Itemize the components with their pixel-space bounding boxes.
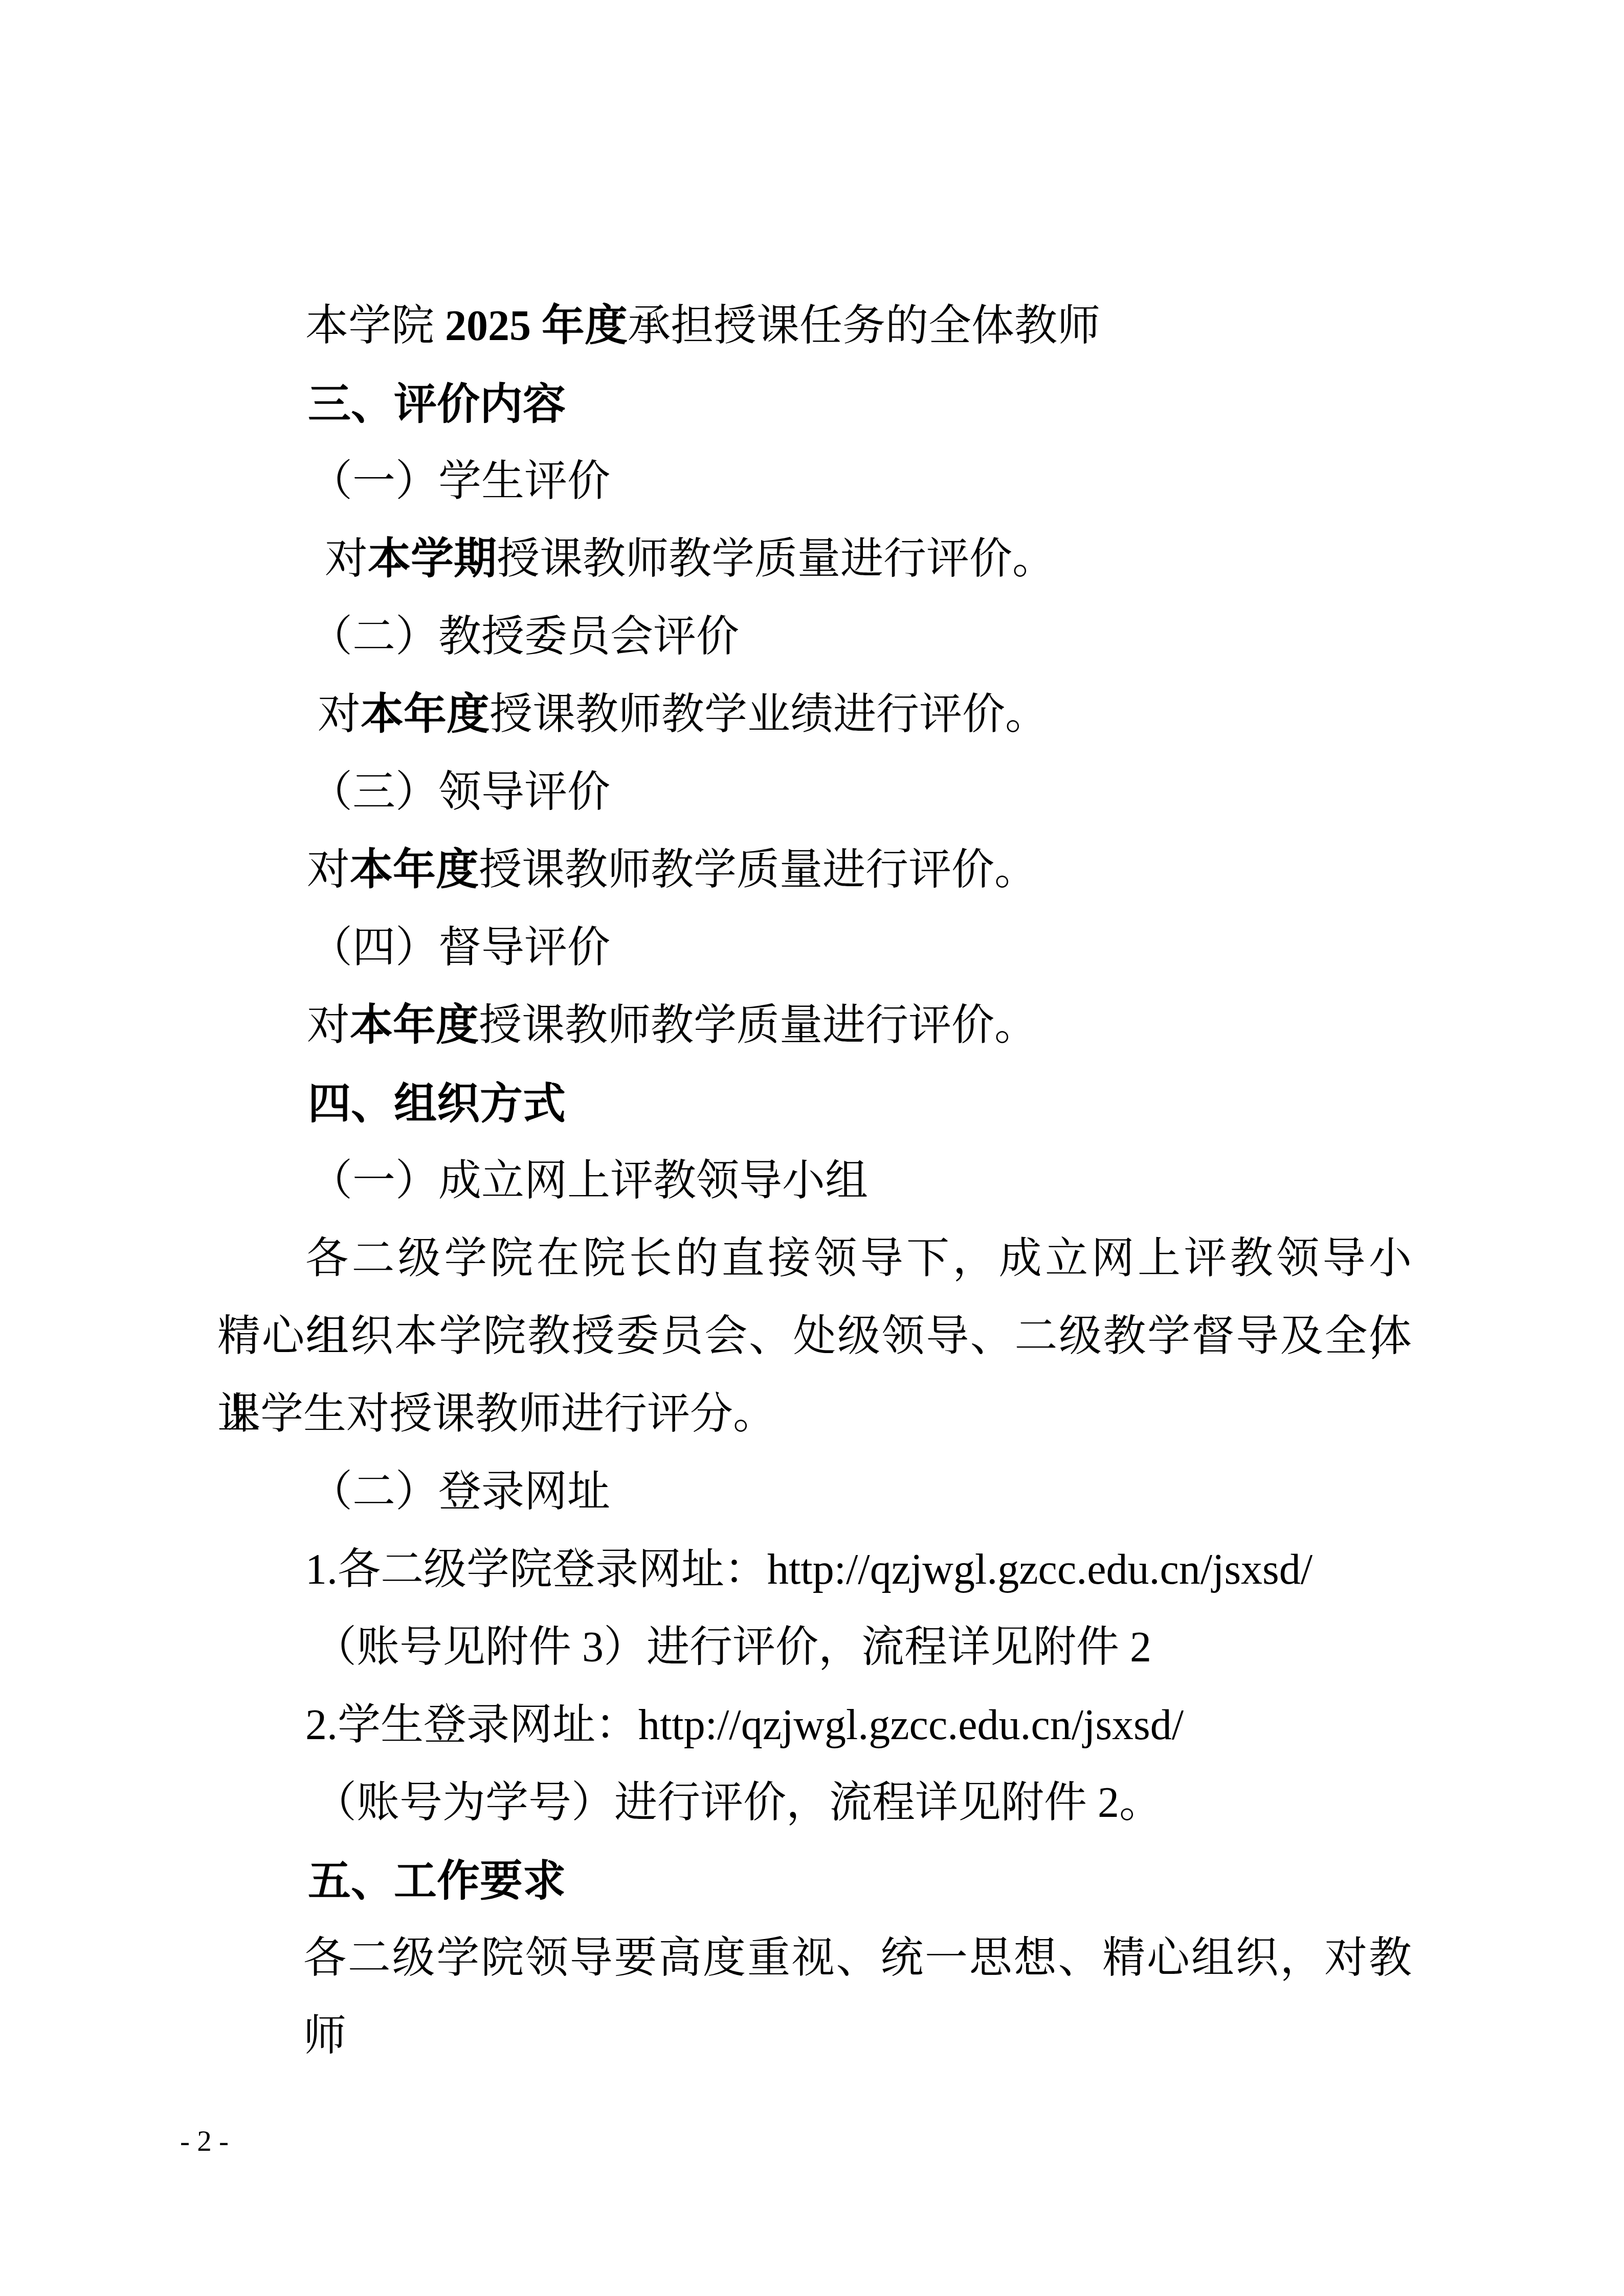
text-run: 四、组织方式 xyxy=(308,1079,566,1128)
body-line: 各二级学院在院长的直接领导下，成立网上评教领导小组， xyxy=(217,1220,1412,1298)
page-number: - 2 - xyxy=(180,2121,229,2162)
section-heading: 三、评价内容 xyxy=(217,365,1412,443)
subsection-heading: （二）教授委员会评价 xyxy=(217,598,1412,676)
text-run: 授课教师教学质量进行评价。 xyxy=(497,535,1055,583)
text-run: 课学生对授课教师进行评分。 xyxy=(217,1390,776,1438)
body-line: （账号为学号）进行评价，流程详见附件 2。 xyxy=(217,1764,1412,1842)
body-line: 对本学期授课教师教学质量进行评价。 xyxy=(217,521,1412,598)
body-line: 1.各二级学院登录网址：http://qzjwgl.gzcc.edu.cn/js… xyxy=(217,1531,1412,1609)
body-line: 对本年度授课教师教学业绩进行评价。 xyxy=(217,676,1412,754)
text-run: 各二级学院领导要高度重视、统一思想、精心组织，对教师 xyxy=(303,1934,1412,2060)
text-run: 2.学生登录网址： xyxy=(305,1701,638,1749)
text-run: （二）登录网址 xyxy=(309,1468,610,1516)
body-line: 精心组织本学院教授委员会、处级领导、二级教学督导及全体上 xyxy=(217,1298,1412,1376)
body-line: 对本年度授课教师教学质量进行评价。 xyxy=(217,987,1412,1065)
body-line: （账号见附件 3）进行评价，流程详见附件 2 xyxy=(217,1609,1412,1686)
text-run: （一）学生评价 xyxy=(309,458,610,505)
subsection-heading: （二）登录网址 xyxy=(217,1453,1412,1531)
text-run: （一）成立网上评教领导小组 xyxy=(309,1157,868,1205)
document-body: 本学院 2025 年度承担授课任务的全体教师三、评价内容（一）学生评价对本学期授… xyxy=(217,287,1412,1997)
bold-text: 本学期 xyxy=(368,535,497,583)
text-run: 承担授课任务的全体教师 xyxy=(628,302,1100,350)
url-text: http://qzjwgl.gzcc.edu.cn/jsxsd/ xyxy=(767,1546,1312,1593)
text-run: 授课教师教学业绩进行评价。 xyxy=(490,691,1048,738)
text-run: （三）领导评价 xyxy=(309,769,610,816)
bold-text: 本年度 xyxy=(361,691,490,738)
url-text: http://qzjwgl.gzcc.edu.cn/jsxsd/ xyxy=(638,1701,1184,1749)
text-run: 对 xyxy=(318,691,361,738)
subsection-heading: （三）领导评价 xyxy=(217,754,1412,831)
document-page: { "page": { "width_px": 3175, "height_px… xyxy=(0,0,1624,2296)
body-line: 本学院 2025 年度承担授课任务的全体教师 xyxy=(217,287,1412,365)
subsection-heading: （四）督导评价 xyxy=(217,909,1412,987)
text-run: 授课教师教学质量进行评价。 xyxy=(479,1002,1037,1049)
section-heading: 四、组织方式 xyxy=(217,1065,1412,1142)
text-run: 对 xyxy=(325,535,368,583)
text-run: 对 xyxy=(307,1002,350,1049)
body-line: 对本年度授课教师教学质量进行评价。 xyxy=(217,831,1412,909)
text-run: 对 xyxy=(307,846,350,894)
text-run: 三、评价内容 xyxy=(308,380,566,428)
subsection-heading: （一）学生评价 xyxy=(217,443,1412,521)
text-run: 1.各二级学院登录网址： xyxy=(305,1546,767,1593)
body-line: 课学生对授课教师进行评分。 xyxy=(217,1376,1412,1453)
bold-text: 本年度 xyxy=(350,1002,479,1049)
text-run: （四）督导评价 xyxy=(309,924,610,972)
subsection-heading: （一）成立网上评教领导小组 xyxy=(217,1142,1412,1220)
text-run: （二）教授委员会评价 xyxy=(309,613,739,661)
text-run: 授课教师教学质量进行评价。 xyxy=(479,846,1037,894)
bold-text: 本年度 xyxy=(350,846,479,894)
body-line: 各二级学院领导要高度重视、统一思想、精心组织，对教师 xyxy=(217,1920,1412,1997)
section-heading: 五、工作要求 xyxy=(217,1842,1412,1920)
bold-text: 2025 年度 xyxy=(445,302,628,350)
text-run: 五、工作要求 xyxy=(308,1857,566,1905)
text-run: （账号见附件 3）进行评价，流程详见附件 2 xyxy=(314,1624,1151,1671)
text-run: 本学院 xyxy=(305,302,445,350)
text-run: （账号为学号）进行评价，流程详见附件 2。 xyxy=(314,1779,1162,1827)
body-line: 2.学生登录网址：http://qzjwgl.gzcc.edu.cn/jsxsd… xyxy=(217,1686,1412,1764)
